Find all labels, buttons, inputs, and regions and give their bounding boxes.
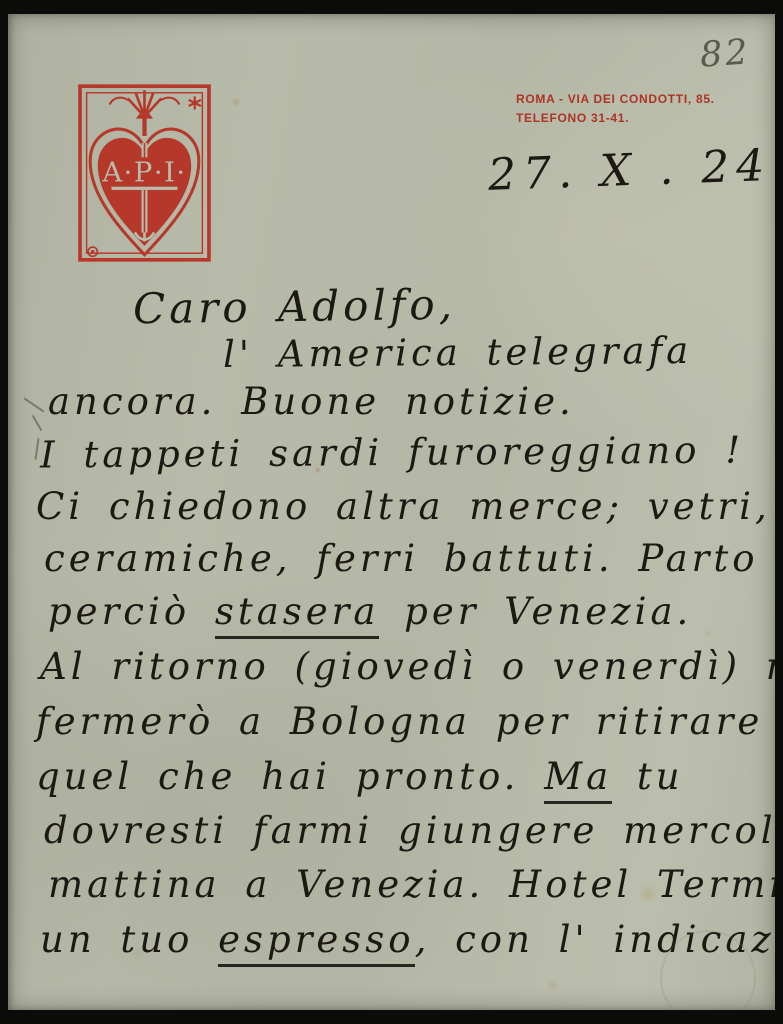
api-monogram-logo: A·P·I· [78, 84, 211, 262]
asterisk-icon [189, 96, 201, 109]
letterhead-address: ROMA - VIA DEI CONDOTTI, 85. [516, 92, 715, 106]
page-number-pencil: 82 [699, 32, 752, 75]
heart-icon: A·P·I· [90, 129, 199, 255]
logo-letters: A·P·I· [101, 158, 186, 189]
paper-crease [23, 397, 44, 412]
handwriting-line: quel che hai pronto. Ma tu [36, 758, 684, 795]
handwriting-line: Caro Adolfo, [133, 284, 457, 331]
handwritten-date: 27. X . 24 [487, 140, 772, 201]
handwriting-line: ceramiche, ferri battuti. Parto [44, 540, 758, 577]
handwriting-line: Ci chiedono altra merce; vetri, [36, 488, 771, 525]
printer-mark-icon [88, 247, 97, 256]
handwriting-line: dovresti farmi giungere mercoledì [44, 812, 775, 849]
handwriting-line: Al ritorno (giovedì o venerdì) mi [40, 648, 775, 685]
letterhead-telephone: TELEFONO 31-41. [516, 111, 629, 125]
handwriting-line: ancora. Buone notizie. [48, 383, 575, 420]
handwriting-line: perciò stasera per Venezia. [48, 593, 692, 630]
handwriting-line: un tuo espresso, con l' indicazione [40, 921, 775, 958]
handwriting-line: mattina a Venezia. Hotel Terminus [48, 866, 775, 903]
paper-crease [32, 415, 43, 432]
handwriting-line: fermerò a Bologna per ritirare [36, 703, 763, 740]
paper-crease [34, 438, 39, 460]
letter-page: A·P·I· ROMA - VIA DEI CONDOTTI, 85. TELE… [8, 14, 775, 1010]
handwriting-line: l' America telegrafa [223, 332, 693, 373]
handwriting-line: I tappeti sardi furoreggiano ! [40, 432, 744, 474]
